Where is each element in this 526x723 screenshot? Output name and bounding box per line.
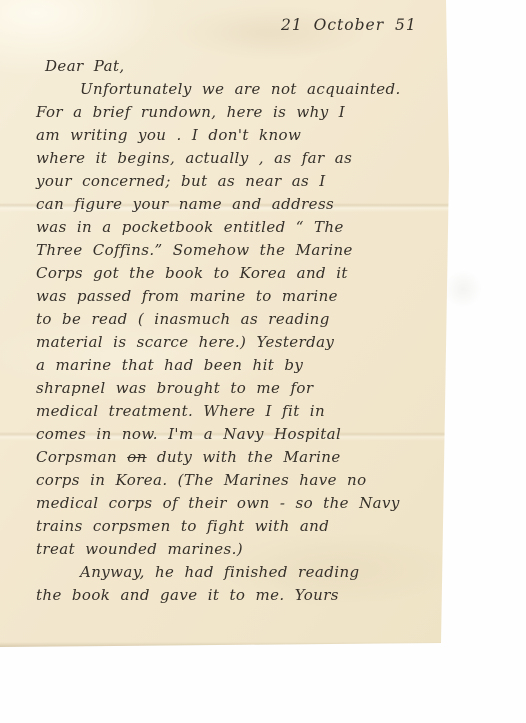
letter-line: medical corps of their own - so the Navy (0, 492, 449, 515)
letter-line: material is scarce here.) Yesterday (0, 331, 449, 354)
letter-line: Three Coffins.” Somehow the Marine (0, 239, 449, 262)
letter-line-segment: duty with the Marine (147, 448, 341, 466)
letter-line: comes in now. I'm a Navy Hospital (0, 423, 449, 446)
letter-line: to be read ( inasmuch as reading (0, 308, 449, 331)
letter-line: Unfortunately we are not acquainted. (0, 78, 449, 101)
letter-line: trains corpsmen to fight with and (0, 515, 449, 538)
letter-line: treat wounded marines.) (0, 538, 449, 561)
scanner-background: 21 October 51 Dear Pat,Unfortunately we … (0, 0, 526, 723)
letter-page: 21 October 51 Dear Pat,Unfortunately we … (0, 0, 449, 647)
letter-line: Corps got the book to Korea and it (0, 262, 449, 285)
letter-line: corps in Korea. (The Marines have no (0, 469, 449, 492)
letter-line: Dear Pat, (0, 55, 449, 78)
letter-line: the book and gave it to me. Yours (0, 584, 449, 607)
letter-line: Corpsman on duty with the Marine (0, 446, 449, 469)
letter-line: was in a pocketbook entitled “ The (0, 216, 449, 239)
letter-line: shrapnel was brought to me for (0, 377, 449, 400)
letter-date: 21 October 51 (281, 16, 417, 34)
letter-line: your concerned; but as near as I (0, 170, 449, 193)
letter-line: a marine that had been hit by (0, 354, 449, 377)
letter-line: For a brief rundown, here is why I (0, 101, 449, 124)
letter-line: was passed from marine to marine (0, 285, 449, 308)
letter-line: can figure your name and address (0, 193, 449, 216)
letter-line-segment: Corpsman (36, 448, 127, 466)
letter-line: where it begins, actually , as far as (0, 147, 449, 170)
letter-line: Anyway, he had finished reading (0, 561, 449, 584)
letter-line: medical treatment. Where I fit in (0, 400, 449, 423)
letter-body: Dear Pat,Unfortunately we are not acquai… (0, 55, 449, 607)
struck-word: on (127, 448, 147, 466)
letter-line: am writing you . I don't know (0, 124, 449, 147)
